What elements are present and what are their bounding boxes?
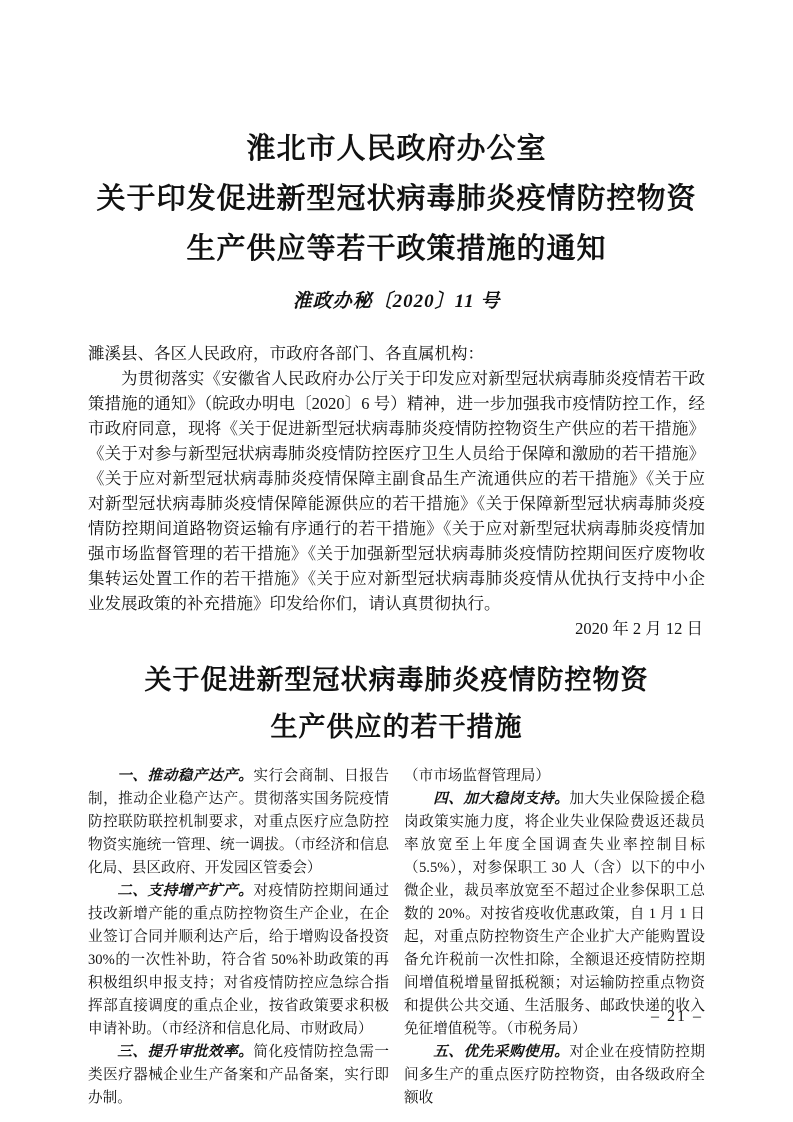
document-page: 淮北市人民政府办公室 关于印发促进新型冠状病毒肺炎疫情防控物资 生产供应等若干政… [0,0,793,1122]
column-right: （市市场监督管理局） 四、加大稳岗支持。加大失业保险援企稳岗政策实施力度，将企业… [404,765,705,1110]
two-column-body: 一、推动稳产达产。实行会商制、日报告制，推动企业稳产达产。贯彻落实国务院疫情防控… [88,765,705,1110]
measure-3-paragraph: 三、提升审批效率。简化疫情防控急需一类医疗器械企业生产备案和产品备案，实行即办制… [88,1041,389,1110]
section-title-line-2: 生产供应的若干措施 [88,704,705,751]
measure-4-heading: 四、加大稳岗支持。 [433,791,569,807]
salutation: 濉溪县、各区人民政府，市政府各部门、各直属机构： [88,341,705,366]
measure-3-continuation: （市市场监督管理局） [404,765,705,788]
title-line-3: 生产供应等若干政策措施的通知 [88,224,705,274]
measure-3-heading: 三、提升审批效率。 [117,1044,253,1060]
column-left: 一、推动稳产达产。实行会商制、日报告制，推动企业稳产达产。贯彻落实国务院疫情防控… [88,765,389,1110]
measure-1-text: 实行会商制、日报告制，推动企业稳产达产。贯彻落实国务院疫情防控联防联控机制要求，… [88,768,389,876]
issue-date: 2020 年 2 月 12 日 [88,616,705,641]
title-line-2: 关于印发促进新型冠状病毒肺炎疫情防控物资 [88,174,705,224]
measure-2-heading: 二、支持增产扩产。 [117,883,253,899]
section-title-line-1: 关于促进新型冠状病毒肺炎疫情防控物资 [88,657,705,704]
section-title: 关于促进新型冠状病毒肺炎疫情防控物资 生产供应的若干措施 [88,657,705,751]
measure-2-paragraph: 二、支持增产扩产。对疫情防控期间通过技改新增产能的重点防控物资生产企业，在企业签… [88,880,389,1041]
measure-5-heading: 五、优先采购使用。 [433,1044,569,1060]
measure-4-text: 加大失业保险援企稳岗政策实施力度，将企业失业保险费返还裁员率放宽至上年度全国调查… [404,791,705,1037]
document-number: 淮政办秘〔2020〕11 号 [88,286,705,313]
measure-5-paragraph: 五、优先采购使用。对企业在疫情防控期间多生产的重点医疗防控物资，由各级政府全额收 [404,1041,705,1110]
measure-2-text: 对疫情防控期间通过技改新增产能的重点防控物资生产企业，在企业签订合同并顺利达产后… [88,883,389,1037]
document-title: 淮北市人民政府办公室 关于印发促进新型冠状病毒肺炎疫情防控物资 生产供应等若干政… [88,0,705,274]
measure-1-paragraph: 一、推动稳产达产。实行会商制、日报告制，推动企业稳产达产。贯彻落实国务院疫情防控… [88,765,389,880]
measure-1-heading: 一、推动稳产达产。 [117,768,253,784]
measure-4-paragraph: 四、加大稳岗支持。加大失业保险援企稳岗政策实施力度，将企业失业保险费返还裁员率放… [404,788,705,1041]
intro-paragraph: 为贯彻落实《安徽省人民政府办公厅关于印发应对新型冠状病毒肺炎疫情若干政策措施的通… [88,366,705,616]
page-number: – 21 – [651,1008,703,1026]
title-line-1: 淮北市人民政府办公室 [88,124,705,174]
